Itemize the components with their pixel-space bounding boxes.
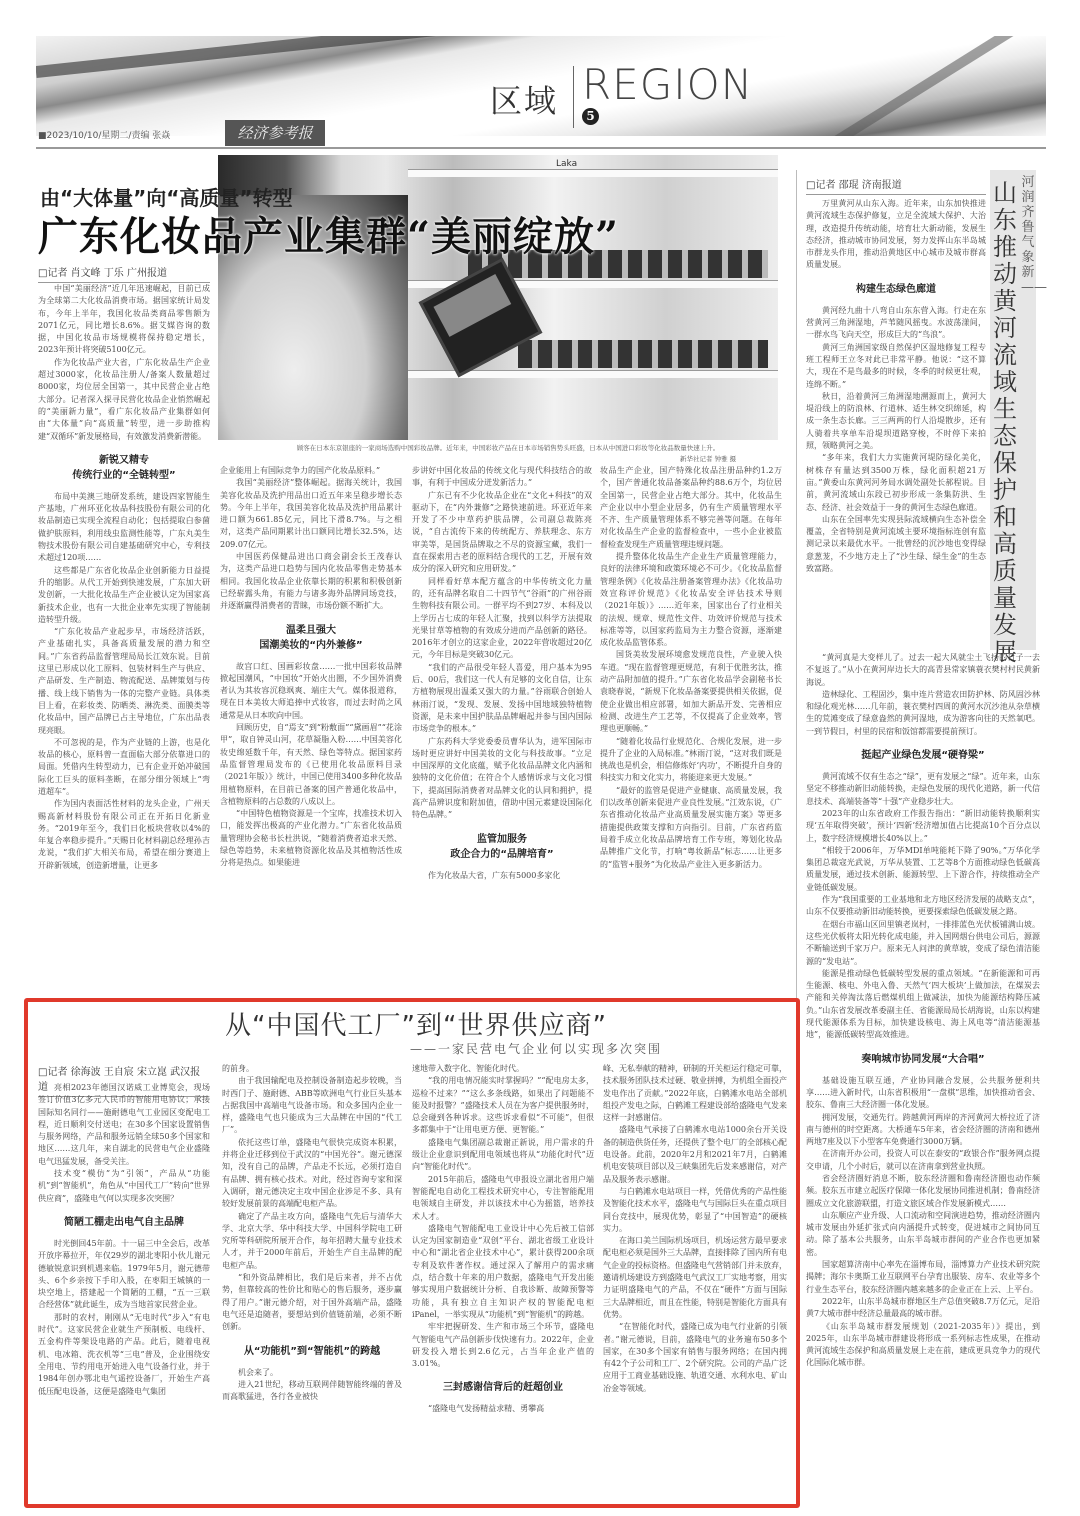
article2-vertical-title[interactable]: 山东推动黄河流域生态保护和高质量发展 河润齐鲁气象新——	[990, 170, 1036, 650]
paragraph: 国货美妆发展环境愈发规范良性，产业驶入快车道。“现在监督管理更规范，有利于优胜劣…	[600, 649, 782, 735]
paragraph: 中国“美丽经济”近几年迅速崛起，目前已成为全球第二大化妆品消费市场。据国家统计局…	[38, 283, 210, 357]
article1-subhead: 温柔且强大 国潮美妆的“内外兼修”	[220, 623, 402, 653]
paragraph: 同样看好草本配方蕴含的中华传统文化力量的，还有品牌名取自二十四节气“谷雨”的广州…	[412, 576, 592, 662]
section-title-cn: 区域	[490, 76, 558, 122]
photo-shelf	[408, 169, 778, 177]
paragraph: 时光倒回45年前。十一届三中全会后，改革开放序幕拉开，年仅29岁的湖北枣阳小伙儿…	[38, 1238, 210, 1312]
page-number-badge: 5	[582, 108, 599, 125]
paragraph: 《山东半岛城市群发展规划（2021-2035年）》提出，到2025年，山东半岛城…	[806, 1321, 1040, 1370]
paragraph: 作为国内表面活性材料的龙头企业，广州天赐高新材料股份有限公司正在开拓日化新业务。…	[38, 798, 210, 872]
paragraph: 在济南开办公司，投资人可以在泰安的“政银合作”服务网点提交申请，几个小时后，就可…	[806, 1148, 1040, 1173]
article2-subhead: 挺起产业绿色发展“硬脊梁”	[806, 748, 1040, 763]
paragraph: 回顾历史，自“焉支”到“粉敷面”“黛画眉”“花涂甲”，取自钟灵山河，花草凝脂入粉…	[220, 722, 402, 808]
dateline: ■2023/10/10/星期二/责编 张焱	[38, 128, 170, 141]
photo-products	[518, 340, 768, 368]
article2-col-top: 万里黄河从山东入海。近年来，山东加快推进黄河流域生态保护修复，立足全流域大保护、…	[806, 198, 986, 658]
paragraph: 造林绿化、工程固沙，集中连片营造农田防护林、防风固沙林和绿化观光林……几年前，蓑…	[806, 689, 1040, 738]
paragraph: 故宫口红、国画彩妆盘……一批中国彩妆品牌掀起国潮风，“中国妆”开始火出圈，不少国…	[220, 661, 402, 722]
paragraph: 的前身。	[222, 1063, 402, 1075]
article2-headline: 山东推动黄河流域生态保护和高质量发展	[990, 180, 1020, 666]
paragraph: 布局中美澳三地研发系统，建设四家智能生产基地，广州环亚化妆品科技股份有限公司的化…	[38, 491, 210, 565]
article3-headline[interactable]: 从“中国代工厂”到“世界供应商”	[36, 1005, 796, 1042]
paragraph: 作为化妆品产业大省，广东化妆品生产企业超过3000家，化妆品注册人/备案人数量超…	[38, 357, 210, 443]
paragraph: 在海口美兰国际机场项目，机场运营方最早要求配电柜必须是国外三大品牌，直接排除了国…	[603, 1235, 787, 1321]
article1-col2: 企业能用上有国际竞争力的国产化妆品原料。” 我国“美丽经济”整体崛起。据海关统计…	[220, 465, 402, 996]
paragraph: 峰、无私奉献的精神，研制的开关柜运行稳定可靠，技术服务团队技术过硬、敬业拼搏，为…	[603, 1063, 787, 1124]
header-rule	[36, 147, 1046, 149]
paragraph: 2023年的山东省政府工作报告指出：“新旧动能转换顺利实现‘五年取得突破’，预计…	[806, 808, 1040, 845]
paragraph: 由于我国输配电及控制设备制造起步较晚，当时西门子、施耐德、ABB等欧洲电气行业巨…	[222, 1075, 402, 1136]
paragraph: “相较于2006年，万华MDI单吨能耗下降了90%。”万华化学集团总裁寇光武说，…	[806, 845, 1040, 894]
article1-headline[interactable]: 广东化妆品产业集群“美丽绽放”	[38, 205, 619, 262]
paragraph: 广东药科大学党委委员曹华认为，进军国际市场时更应讲好中国美妆的文化与科技故事。“…	[412, 736, 592, 822]
article1-col4: 妆品生产企业，国产特殊化妆品注册品种约1.2万个，国产普通化妆品备案品种约88.…	[600, 465, 782, 996]
paragraph: 企业能用上有国际竞争力的国产化妆品原料。”	[220, 465, 402, 477]
article2-byline: □记者 邵琨 济南报道	[806, 176, 986, 195]
paragraph: 速地带入数字化、智能化时代。	[412, 1063, 594, 1075]
paragraph: 技术变“模仿”为“引领”，产品从“功能机”到“智能机”，角色从“中国代工厂”转向…	[38, 1168, 210, 1205]
article1-byline: □记者 肖文峰 丁乐 广州报道	[38, 264, 210, 283]
paragraph: 省会经济圈好消息不断，胶东经济圈和鲁南经济圈也动作频频。胶东五市建立起医疗保障一…	[806, 1173, 1040, 1210]
paragraph: 基础设施互联互通，产业协同融合发展，公共服务便利共享……进入新时代，山东省积极用…	[806, 1075, 1040, 1112]
article3-col1: 亮相2023年德国汉诺威工业博览会，现场签订价值3亿多元人民币的智能用电协议；承…	[38, 1082, 210, 1482]
paragraph: 拥河发展，交通先行。跨越黄河两岸的齐河黄河大桥拉近了济南与德州的时空距离。大桥通…	[806, 1112, 1040, 1149]
masthead-logo: 经济参考报	[225, 120, 325, 146]
article3-col2: 的前身。 由于我国输配电及控制设备制造起步较晚，当时西门子、施耐德、ABB等欧洲…	[222, 1063, 402, 1483]
photo-brand-label: Laka	[556, 159, 577, 169]
article1-subhead: 新锐又精专 传统行业的“全链转型”	[38, 453, 210, 483]
paragraph: 亮相2023年德国汉诺威工业博览会，现场签订价值3亿多元人民币的智能用电协议；承…	[38, 1082, 210, 1168]
paragraph: 2015年前后，盛隆电气申报设立湖北省用户端智能配电自动化工程技术研究中心，专注…	[412, 1174, 594, 1223]
article-photo[interactable]: Laka	[218, 155, 778, 440]
section-title-en: REGION	[582, 60, 753, 109]
article1-col1: 中国“美丽经济”近几年迅速崛起，目前已成为全球第二大化妆品消费市场。据国家统计局…	[38, 283, 210, 996]
paragraph: “黄河真是大变样儿了。过去一起大风就尘土飞扬的日子一去不复返了。”从小在黄河岸边…	[806, 652, 1040, 689]
paragraph: 与白鹤滩水电站项目一样，凭借优秀的产品性能及智能化技术水平，盛隆电气与国际巨头在…	[603, 1186, 787, 1235]
article3-subhead: 简陋工棚走出电气自主品牌	[38, 1215, 210, 1230]
article2-subhead: 构建生态绿色廊道	[806, 282, 986, 297]
paragraph: 中国医药保健品进出口商会副会长王茂春认为，这类产品进口趋势与国内化妆品零售走势基…	[220, 551, 402, 612]
paragraph: 黄河流域不仅有生态之“绿”，更有发展之“绿”。近年来，山东坚定不移推动新旧动能转…	[806, 771, 1040, 808]
photo-caption: 顾客在日本东京银座的一家商场选购中国彩妆品牌。近年来，中国彩妆产品在日本市场销售…	[232, 443, 784, 453]
paragraph: “在智能化时代，盛隆已成为电气行业新的引领者。”谢元德说，目前，盛隆电气的业务遍…	[603, 1321, 787, 1395]
paragraph: “广东化妆品产业起步早，市场经济活跃，产业基础扎实，具备高质量发展的潜力和空间。…	[38, 626, 210, 737]
paragraph: 妆品生产企业，国产特殊化妆品注册品种约1.2万个，国产普通化妆品备案品种约88.…	[600, 465, 782, 551]
paragraph: 确定了产品主攻方向，盛隆电气先后与清华大学、北京大学、华中科技大学、中国科学院电…	[222, 1211, 402, 1272]
paragraph: “中国特色植物资源是一个宝库，找准技术切入口，能发挥出极高的产业化潜力。”广东省…	[220, 808, 402, 869]
photo-credit: 新华社记者 钟雅 摄	[680, 454, 736, 463]
paragraph: 我国“美丽经济”整体崛起。据海关统计，我国美容化妆品及洗护用品出口近五年来呈稳步…	[220, 477, 402, 551]
paragraph: 作为“我国重要的工业基地和北方地区经济发展的战略支点”，山东不仅要推动新旧动能转…	[806, 894, 1040, 919]
paragraph: 在烟台市福山区回里镇老岚村，一排排蓝色光伏板铺满山坡。这些光伏板将太阳光转化成电…	[806, 919, 1040, 968]
paragraph: 作为化妆品大省，广东有5000多家化	[412, 870, 592, 882]
article2-kicker: 河润齐鲁气象新——	[1021, 175, 1035, 295]
paragraph: 提升整体化妆品生产企业生产质量管理能力，良好的法律环境和政策环境必不可少。《化妆…	[600, 551, 782, 649]
article2-col-bottom: “黄河真是大变样儿了。过去一起大风就尘土飞扬的日子一去不复返了。”从小在黄河岸边…	[806, 652, 1040, 1507]
paragraph: 黄河三角洲国家级自然保护区湿地修复工程专班工程师王立冬对此已非常平静。他说：“这…	[806, 342, 986, 391]
paragraph: 那时的农村，刚刚从“无电时代”步入“有电时代”。这家民营企业就生产预制板、电线杆…	[38, 1312, 210, 1398]
paragraph: 山东顺应产业升级、人口流动和空间演进趋势，推动经济圈内城市发展由外延扩张式向内涵…	[806, 1210, 1040, 1259]
paragraph: 步讲好中国化妆品的传统文化与现代科技结合的故事，有利于中国成分迸发新活力。”	[412, 465, 592, 490]
paragraph: “盛隆电气发扬精益求精、勇攀高	[412, 1403, 594, 1415]
paragraph: 进入21世纪，移动互联网伴随智能终端的普及而高歌猛进，各行各业被快	[222, 1379, 402, 1404]
paragraph: “多年来，我们大力实施黄河堤防绿化美化，树株存有量达到3500万株，绿化面积超2…	[806, 452, 986, 513]
paragraph: “最好的监管是促进产业健康、高质量发展，我们以改革创新来促进产业良性发展。”江效…	[600, 785, 782, 871]
article1-subhead: 监管加服务 政企合力的“品牌培育”	[412, 832, 592, 862]
paragraph: “和外资品牌相比，我们是后来者，并不占优势，但靠较高的性价比和贴心的售后服务，逐…	[222, 1272, 402, 1333]
article1-col3: 步讲好中国化妆品的传统文化与现代科技结合的故事，有利于中国成分迸发新活力。” 广…	[412, 465, 592, 996]
paragraph: 盛隆电气集团副总裁谢正新说，用户需求的升级让企业意识到配用电领域也将从“功能化时…	[412, 1137, 594, 1174]
section-divider	[573, 66, 574, 128]
paragraph: 不可忽视的是，作为产业链的上游，也是化妆品的核心，原料曾一直面临大部分依靠进口的…	[38, 737, 210, 798]
paragraph: 万里黄河从山东入海。近年来，山东加快推进黄河流域生态保护修复，立足全流域大保护、…	[806, 198, 986, 272]
paragraph: 2022年，山东半岛城市群地区生产总值突破8.7万亿元，足沿黄7大城市群中经济总…	[806, 1296, 1040, 1321]
paragraph: 机会来了。	[222, 1367, 402, 1379]
article3-col3: 速地带入数字化、智能化时代。 “我的用电情况能实时掌握吗？”“配电房太多，巡检不…	[412, 1063, 594, 1483]
article3-subhead: 三封感谢信背后的赶超创业	[412, 1380, 594, 1395]
paragraph: 国家超算济南中心率先在淄博布局，淄博算力产业技术研究院揭牌；海尔卡奥斯工业互联网…	[806, 1259, 1040, 1296]
paragraph: 这些都是广东省化妆品企业创新能力日益提升的缩影。从代工开始到快速发展，广东加大研…	[38, 565, 210, 626]
paragraph: “我的用电情况能实时掌握吗？”“配电房太多，巡检不过来？”“这么多条线路，如果出…	[412, 1075, 594, 1136]
paragraph: “随着化妆品行业规范化、合规化发展，进一步提升了企业的入局标准。”林雨汀说，“这…	[600, 736, 782, 785]
paragraph: “我们的产品很受年轻人喜爱，用户基本为95后、00后，我们这一代人有足够的文化自…	[412, 662, 592, 736]
paragraph: 盛隆电气智能配电工业设计中心先后被工信部认定为国家制造业“双创”平台、湖北省级工…	[412, 1223, 594, 1321]
article3-subhead: 从“功能机”到“智能机”的跨越	[222, 1344, 402, 1359]
paragraph: 秋日，沿着黄河三角洲湿地溯源而上，黄河大堤沿线上的防浪林、行道林、适生林交织绵延…	[806, 391, 986, 452]
paragraph: 广东已有不少化妆品企业在“文化+科技”的双驱动下，在“内外兼修”之路快速前进。环…	[412, 490, 592, 576]
paragraph: 山东在全国率先实现县际流域横向生态补偿全覆盖，全省特别是黄河流域主要环境指标连创…	[806, 514, 986, 575]
article2-subhead: 奏响城市协同发展“大合唱”	[806, 1052, 1040, 1067]
article3-subtitle: ——一家民营电气企业何以实现多次突围	[36, 1040, 796, 1057]
paragraph: 盛隆电气承接了白鹤滩水电站1000余台开关设备的制造供货任务，还提供了整个电厂的…	[603, 1124, 787, 1185]
paragraph: 黄河经九曲十八弯自山东东营入海。行走在东营黄河三角洲湿地，芦苇随风摇曳。水波荡漾…	[806, 305, 986, 342]
paragraph: 能源是推动绿色低碳转型发展的重点领域。“在新能源和可再生能源、核电、外电入鲁、天…	[806, 968, 1040, 1042]
article3-col4: 峰、无私奉献的精神，研制的开关柜运行稳定可靠，技术服务团队技术过硬、敬业拼搏，为…	[603, 1063, 787, 1483]
paragraph: 牢牢把握研发、生产和市场三个环节，盛隆电气智能电气产品创新步伐快速有力。2022…	[412, 1321, 594, 1370]
paragraph: 依托这些订单，盛隆电气很快完成资本积累，并将企业迁移到位于武汉的“中国光谷”。谢…	[222, 1137, 402, 1211]
